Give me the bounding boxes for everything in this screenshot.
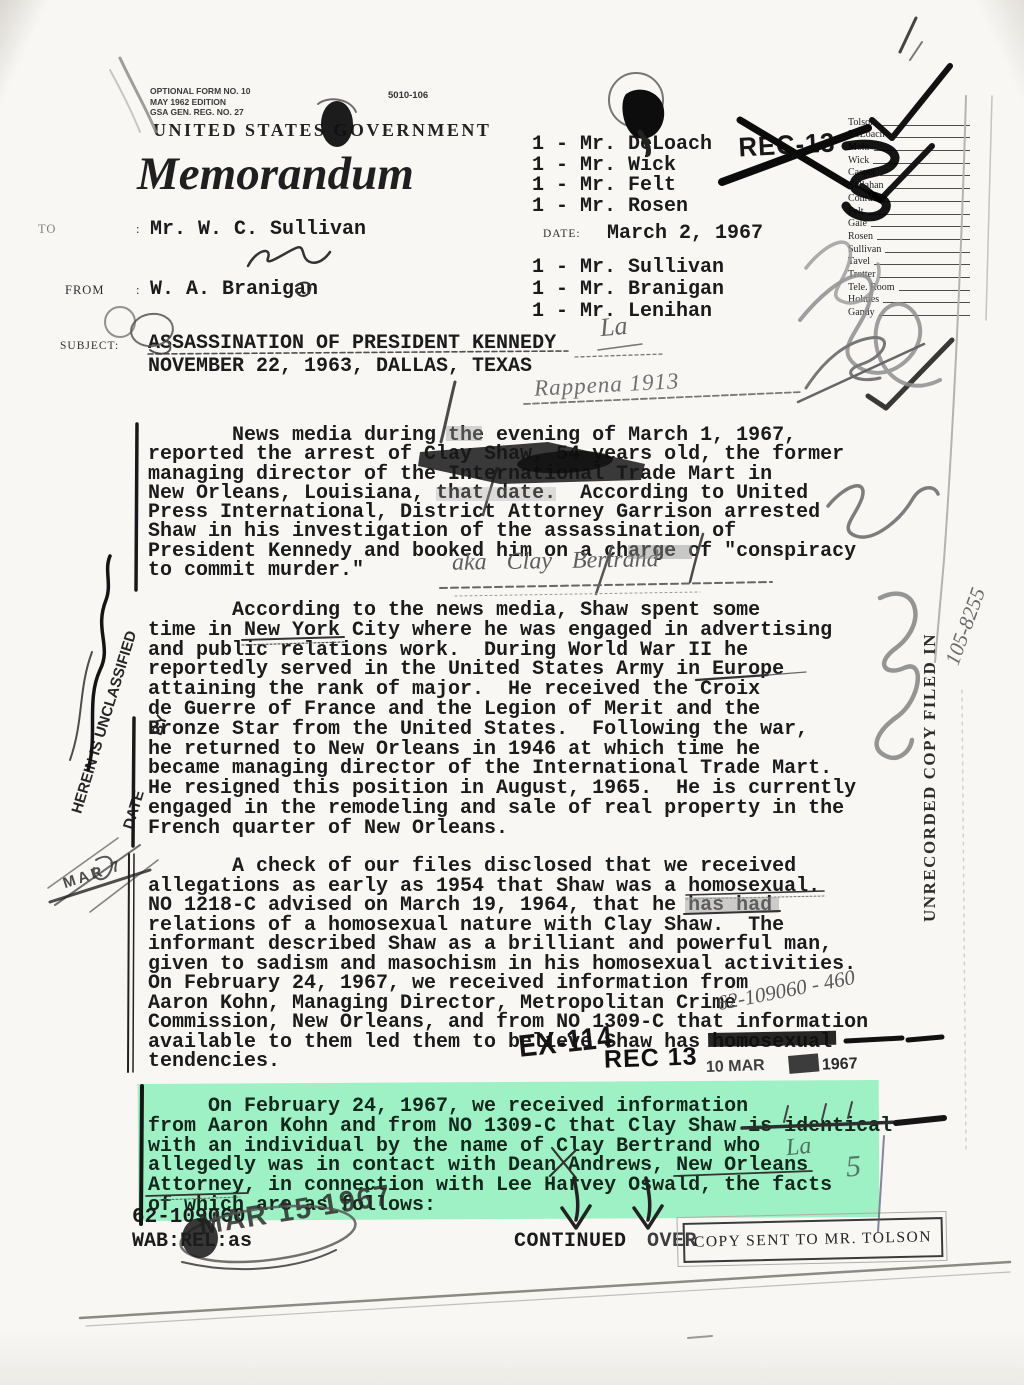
date-label: DATE: [543,228,581,240]
routing-name: Tolson [848,117,875,128]
text-line: Bronze Star from the United States. Foll… [148,720,856,740]
routing-name: Tele. Room [848,282,895,293]
cc-entry: 1 - Mr. Branigan [532,279,724,301]
text-line: A check of our files disclosed that we r… [148,857,868,877]
cc-entry: 1 - Mr. DeLoach [532,135,712,156]
routing-blank-line [888,188,970,189]
routing-name: Casper [848,167,876,178]
routing-name: Sullivan [848,244,881,255]
routing-blank-line [874,150,970,151]
text-line: Shaw in his investigation of the assassi… [148,522,856,541]
memorandum-title: Memorandum [137,147,414,201]
text-line: On February 24, 1967, we received inform… [148,1097,892,1117]
routing-row: Gandy [848,305,970,318]
unrecorded-copy-stamp: UNRECORDED COPY FILED IN [920,633,940,922]
routing-name: Wick [848,155,869,166]
routing-blank-line [879,277,970,278]
subject-line-2: NOVEMBER 22, 1963, DALLAS, TEXAS [148,357,532,377]
date-value: March 2, 1967 [607,224,763,244]
subject-line-1: ASSASSINATION OF PRESIDENT KENNEDY [148,334,556,354]
cc-list-top: 1 - Mr. DeLoach1 - Mr. Wick1 - Mr. Felt1… [532,135,712,218]
continued-over: CONTINUED OVER [514,1230,697,1253]
handwritten-five: 5 [845,1150,862,1185]
routing-blank-line [879,315,970,316]
routing-row: DeLoach [848,128,970,141]
routing-blank-line [881,201,970,202]
text-line: NO 1218-C advised on March 19, 1964, tha… [148,896,868,916]
from-label: FROM [65,283,104,298]
routing-row: Tele. Room [848,280,970,293]
text-line: Attorney, in connection with Lee Harvey … [148,1176,892,1196]
handwritten-la-top: La [599,311,629,343]
routing-blank-line [885,252,970,253]
routing-row: Felt [848,204,970,217]
text-line: de Guerre of France and the Legion of Me… [148,700,856,720]
paragraph-3: A check of our files disclosed that we r… [148,857,868,1072]
date-received-stamp: 10 MAR [706,1057,765,1077]
routing-name: Mohr [848,142,870,153]
cc-entry: 1 - Mr. Sullivan [532,257,724,279]
routing-name: Callahan [848,180,884,191]
routing-list: Tolson DeLoach Mohr Wick Casper Callahan… [848,115,970,318]
paragraph-2: According to the news media, Shaw spent … [148,601,856,839]
text-line: Commission, New Orleans, and from NO 130… [148,1013,868,1033]
from-value: W. A. Branigan [150,280,318,300]
subject-label: SUBJECT: [60,340,119,352]
text-line: attaining the rank of major. He received… [148,680,856,700]
routing-name: Felt [848,206,864,217]
routing-name: Rosen [848,231,873,242]
copy-sent-box: COPY SENT TO MR. TOLSON [683,1217,944,1263]
routing-name: DeLoach [848,129,885,140]
herein-line-1: HEREIN IS UNCLASSIFIED [68,629,141,816]
herein-line-2: DATE BY [120,645,193,832]
handwritten-la-mid: La [785,1133,813,1163]
cc-entry: 1 - Mr. Rosen [532,197,712,218]
text-line: According to the news media, Shaw spent … [148,601,856,621]
routing-blank-line [873,163,970,164]
routing-blank-line [879,125,970,126]
cc-entry: 1 - Mr. Felt [532,176,712,197]
handwritten-file-right: 105-8255 [940,584,991,668]
routing-blank-line [874,264,970,265]
routing-row: Callahan [848,178,970,191]
text-line: informant described Shaw as a brilliant … [148,935,868,955]
routing-row: Trotter [848,267,970,280]
routing-row: Tolson [848,115,970,128]
routing-blank-line [899,290,970,291]
routing-blank-line [871,226,970,227]
routing-name: Trotter [848,269,875,280]
routing-row: Mohr [848,140,970,153]
routing-name: Holmes [848,294,879,305]
routing-name: Gale [848,218,867,229]
to-value: Mr. W. C. Sullivan [150,220,366,240]
date-received-year: 1967 [822,1055,858,1074]
text-line: French quarter of New Orleans. [148,819,856,839]
to-label: TO [38,222,56,237]
handwritten-rap-note: Rappena 1913 [533,368,680,402]
continued-label: CONTINUED [514,1230,627,1253]
mar7-stamp: MAR 7 [61,857,125,892]
government-heading: UNITED STATES GOVERNMENT [153,120,491,141]
routing-row: Conrad [848,191,970,204]
routing-name: Conrad [848,193,877,204]
copy-sent-text: COPY SENT TO MR. TOLSON [694,1228,932,1251]
routing-row: Holmes [848,293,970,306]
form-number: OPTIONAL FORM NO. 10 MAY 1962 EDITION GS… [150,86,250,118]
text-line: He resigned this position in August, 196… [148,779,856,799]
routing-blank-line [889,137,970,138]
cc-list-mid: 1 - Mr. Sullivan1 - Mr. Branigan1 - Mr. … [532,257,724,322]
routing-row: Rosen [848,229,970,242]
text-line: time in New York City where he was engag… [148,621,856,641]
routing-row: Gale [848,217,970,230]
cc-entry: 1 - Mr. Wick [532,156,712,177]
memo-page: OPTIONAL FORM NO. 10 MAY 1962 EDITION GS… [0,0,1024,1385]
routing-blank-line [868,214,970,215]
text-line: managing director of the International T… [148,465,856,484]
routing-row: Sullivan [848,242,970,255]
routing-blank-line [880,175,970,176]
text-line: engaged in the remodeling and sale of re… [148,799,856,819]
text-line: reported the arrest of Clay Shaw, 54 yea… [148,445,856,464]
text-line: from Aaron Kohn and from NO 1309-C that … [148,1117,892,1137]
routing-blank-line [877,239,970,240]
cc-entry: 1 - Mr. Lenihan [532,301,724,323]
routing-row: Casper [848,166,970,179]
to-colon: : [136,222,140,237]
routing-name: Gandy [848,307,875,318]
routing-row: Tavel [848,255,970,268]
from-colon: : [136,283,140,298]
routing-name: Tavel [848,256,870,267]
handwritten-aka-clay-bertrand: aka Clay Bertrand [452,546,659,577]
form-code: 5010-106 [388,90,428,101]
routing-row: Wick [848,153,970,166]
rec13-stamp: REC 13 [604,1042,699,1074]
rec13-top-stamp: REC-13 [738,127,836,163]
routing-blank-line [883,302,970,303]
